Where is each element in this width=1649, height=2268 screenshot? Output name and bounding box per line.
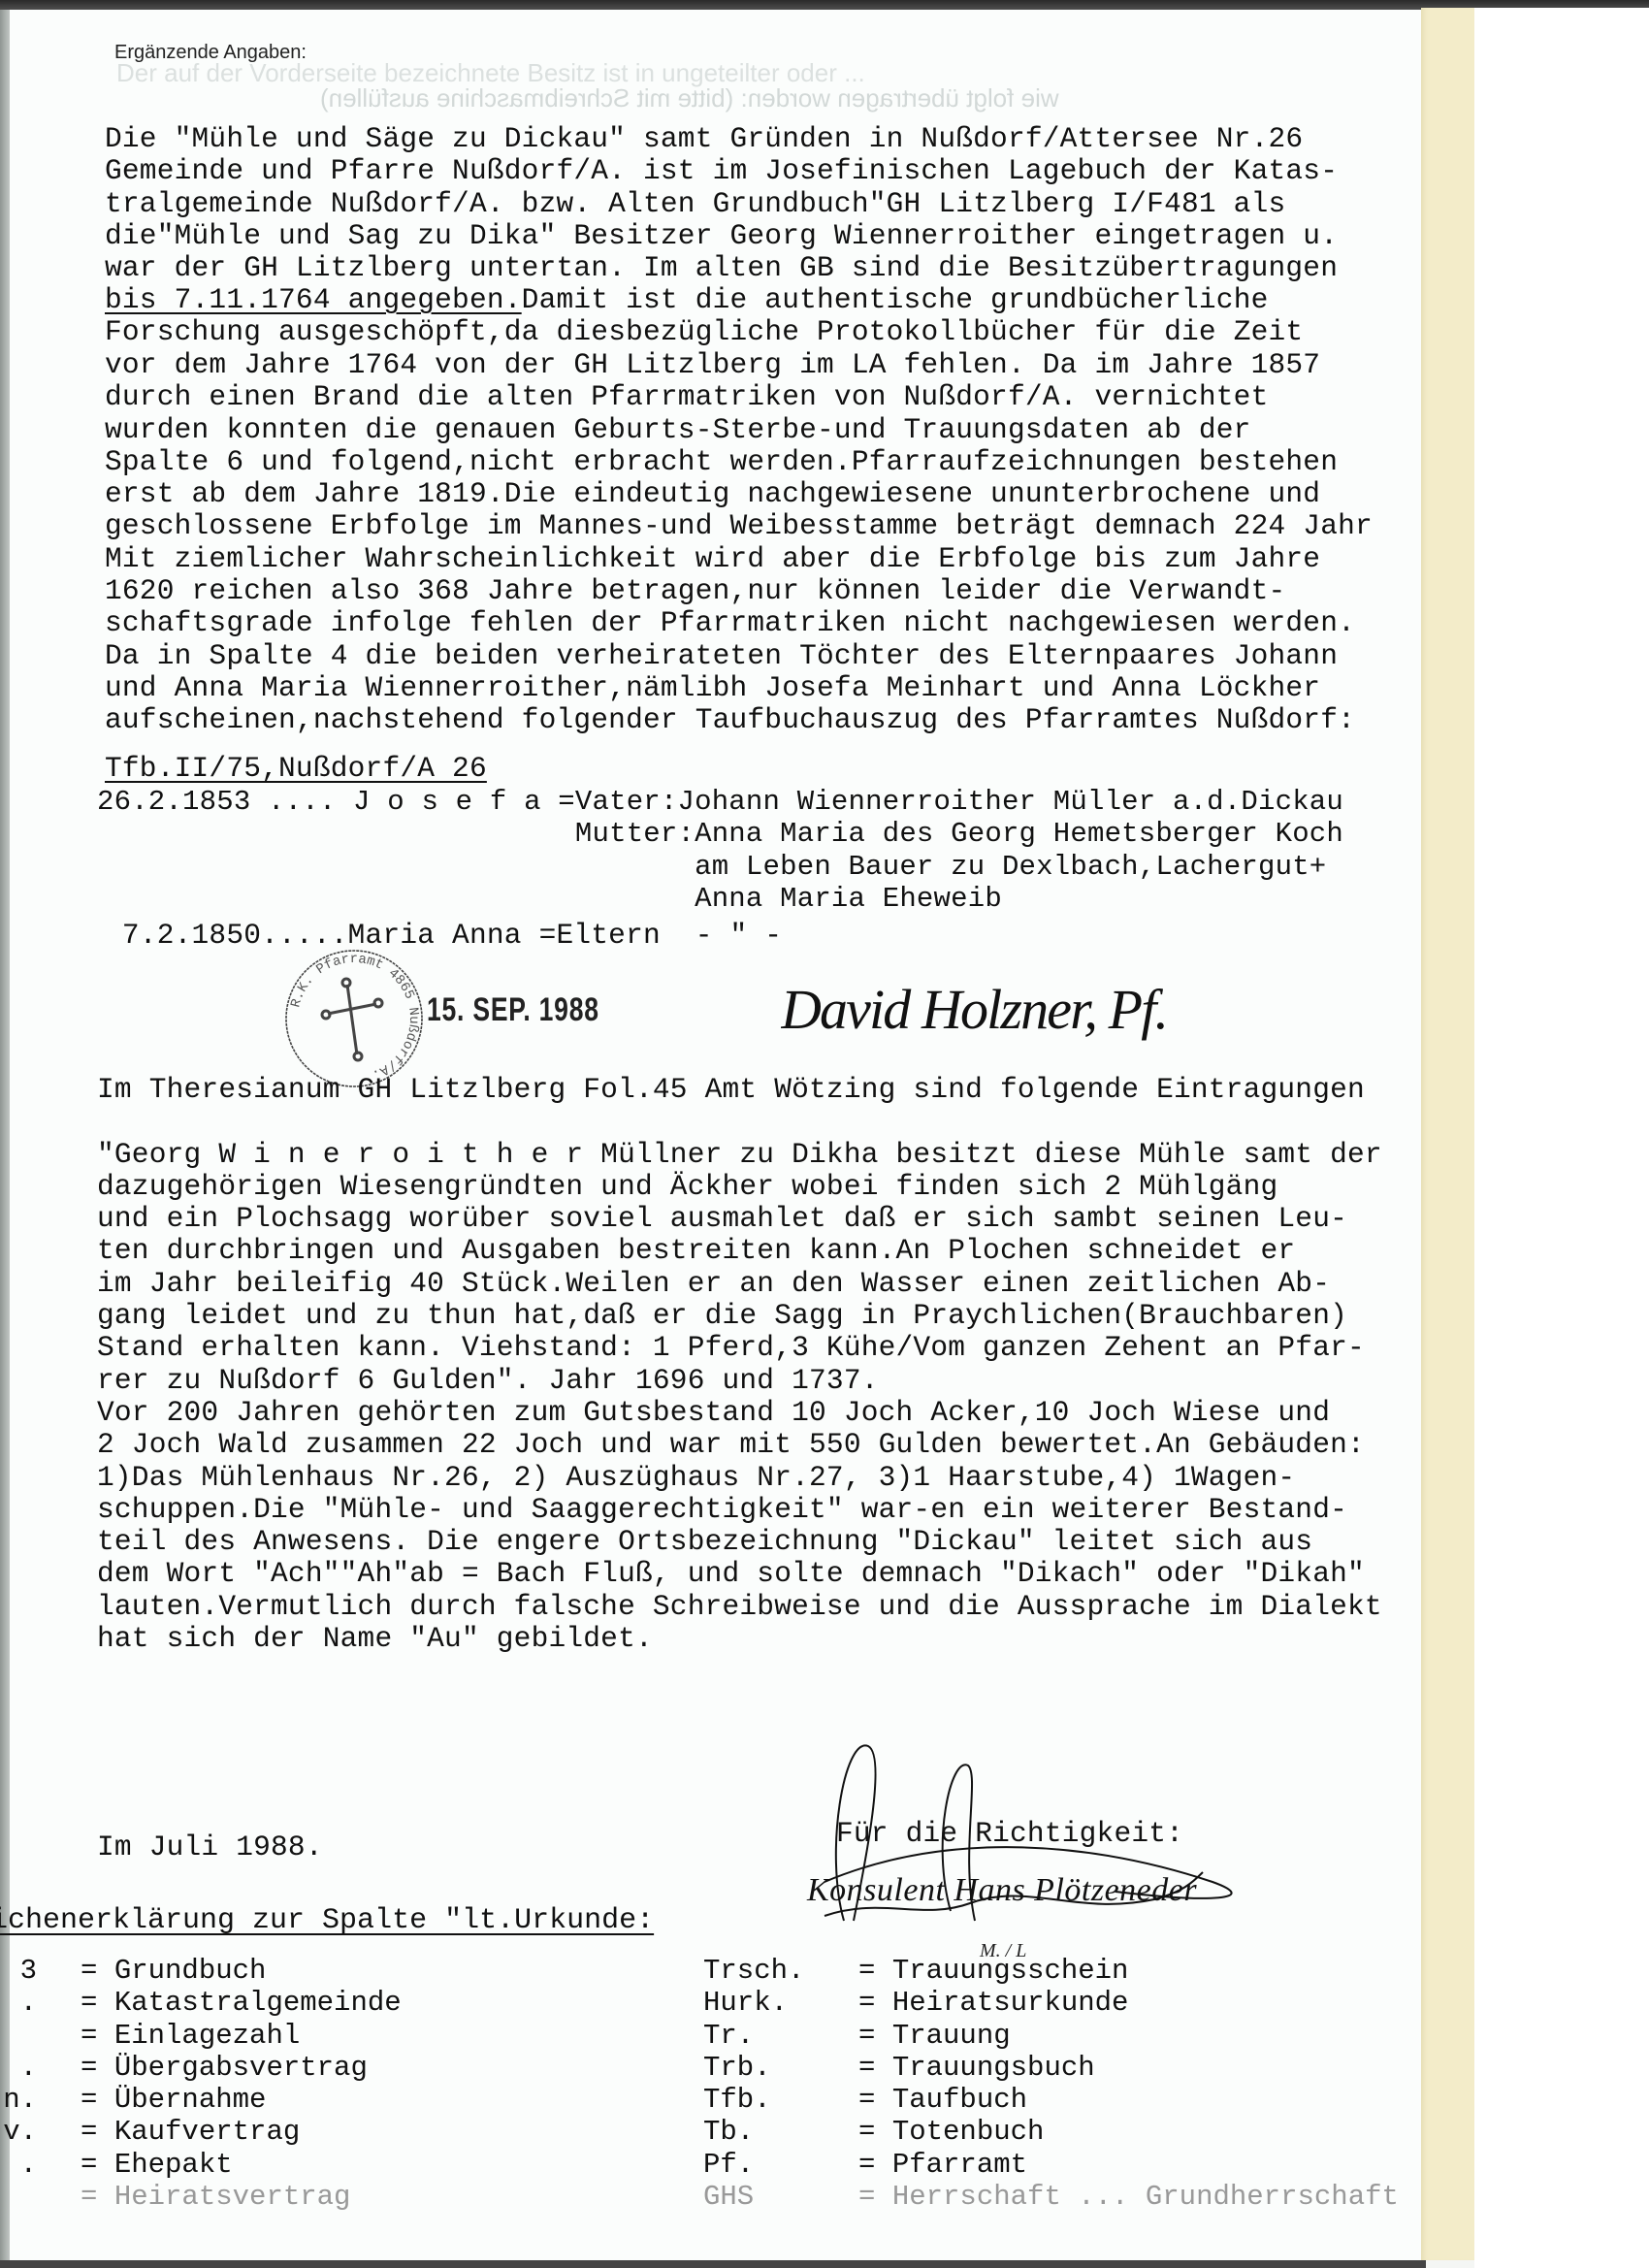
place-date: Im Juli 1988. xyxy=(97,1831,323,1863)
extract-reference-text: Tfb.II/75,Nußdorf/A 26 xyxy=(105,752,487,785)
paragraph-3: Im Theresianum GH Litzlberg Fol.45 Amt W… xyxy=(97,1074,1382,1655)
text-line: vor dem Jahre 1764 von der GH Litzlberg … xyxy=(105,349,1373,381)
legend-meaning: Grundbuch xyxy=(114,1955,267,1987)
text-run: Damit ist die authentische grundbücherli… xyxy=(522,283,1269,316)
legend-left-column: 3= Grundbuch.= Katastralgemeinde= Einlag… xyxy=(0,1955,402,2213)
legend-abbreviation: v. xyxy=(0,2116,37,2148)
cross-icon xyxy=(322,979,382,1060)
legend-equals: = xyxy=(37,2116,114,2148)
legend-equals: = xyxy=(37,2084,114,2116)
legend-equals: = xyxy=(37,2020,114,2052)
text-run: da diesbezügliche Protokollbücher für di… xyxy=(504,315,1304,348)
legend-equals: = xyxy=(37,2149,114,2181)
legend-abbreviation: . xyxy=(0,1987,37,2019)
text-line: die"Mühle und Sag zu Dika" Besitzer Geor… xyxy=(105,220,1338,252)
legend-meaning: Katastralgemeinde xyxy=(114,1987,402,2019)
text-line: Anna Maria Eheweib xyxy=(97,883,1343,915)
text-line: dem Wort "Ach""Ah"ab = Bach Fluß, und so… xyxy=(97,1558,1382,1590)
paragraph-1-underlined-line: bis 7.11.1764 angegeben.Damit ist die au… xyxy=(105,284,1269,316)
legend-row: Trsch.= Trauungsschein xyxy=(703,1955,1399,1987)
legend-meaning: Taufbuch xyxy=(892,2084,1027,2116)
paragraph-1: Die "Mühle und Säge zu Dickau" samt Grün… xyxy=(105,123,1338,284)
text-line: 2 Joch Wald zusammen 22 Joch und war mit… xyxy=(97,1429,1382,1461)
legend-meaning: Totenbuch xyxy=(892,2116,1045,2148)
text-line: und Anna Maria Wiennerroither,nämlibh Jo… xyxy=(105,672,1373,704)
legend-equals: = xyxy=(37,1955,114,1987)
parish-seal-icon: R.K. Pfarramt 4865 Nußdorf/A. xyxy=(281,946,427,1091)
bleed-through-line-2: wie folgt übertragen worden: (bitte mit … xyxy=(320,83,1059,113)
text-line: gang leidet und zu thun hat,daß er die S… xyxy=(97,1300,1382,1332)
text-line: Mutter:Anna Maria des Georg Hemetsberger… xyxy=(97,818,1343,850)
legend-equals: = xyxy=(858,2149,892,2181)
text-line: "Georg W i n e r o i t h e r Müllner zu … xyxy=(97,1139,1382,1171)
legend-equals: = xyxy=(858,2052,892,2084)
legend-abbreviation: n. xyxy=(0,2084,37,2116)
legend-equals: = xyxy=(858,1987,892,2019)
section-label: Ergänzende Angaben: xyxy=(114,42,307,64)
legend-abbreviation: GHS xyxy=(703,2181,858,2213)
legend-abbreviation: Tb. xyxy=(703,2116,858,2148)
text-line: Spalte 6 und folgend,nicht erbracht werd… xyxy=(105,446,1373,478)
text-line: lauten.Vermutlich durch falsche Schreibw… xyxy=(97,1591,1382,1623)
priest-signature: David Holzner, Pf. xyxy=(781,968,1198,1055)
legend-meaning: Kaufvertrag xyxy=(114,2116,300,2148)
text-line: Im Theresianum GH Litzlberg Fol.45 Amt W… xyxy=(97,1074,1382,1106)
legend-equals: = xyxy=(858,2181,892,2213)
legend-row: Tb.= Totenbuch xyxy=(703,2116,1399,2148)
legend-equals: = xyxy=(858,2020,892,2052)
text-line: 26.2.1853 .... J o s e f a =Vater:Johann… xyxy=(97,786,1343,818)
text-line: Vor 200 Jahren gehörten zum Gutsbestand … xyxy=(97,1397,1382,1429)
extract-reference: Tfb.II/75,Nußdorf/A 26 xyxy=(105,753,487,785)
legend-title: ichenerklärung zur Spalte "lt.Urkunde: xyxy=(0,1904,654,1937)
legend-abbreviation: Tfb. xyxy=(703,2084,858,2116)
legend-row: 3= Grundbuch xyxy=(0,1955,402,1987)
text-run: Forschung ausgeschöpft, xyxy=(105,315,504,348)
legend-row: Trb.= Trauungsbuch xyxy=(703,2052,1399,2084)
text-line: und ein Plochsagg worüber soviel ausmahl… xyxy=(97,1203,1382,1235)
legend-abbreviation xyxy=(0,2181,37,2213)
legend-meaning: Ehepakt xyxy=(114,2149,233,2181)
text-line: im Jahr beileifig 40 Stück.Weilen er an … xyxy=(97,1268,1382,1300)
legend-row: GHS= Herrschaft ... Grundherrschaft xyxy=(703,2181,1399,2213)
priest-signature-text: David Holzner, Pf. xyxy=(781,978,1169,1041)
legend-meaning: Pfarramt xyxy=(892,2149,1027,2181)
legend-row: .= Ehepakt xyxy=(0,2149,402,2181)
text-line: Die "Mühle und Säge zu Dickau" samt Grün… xyxy=(105,123,1338,155)
legend-row: = Einlagezahl xyxy=(0,2020,402,2052)
legend-abbreviation: Hurk. xyxy=(703,1987,858,2019)
legend-equals: = xyxy=(858,2084,892,2116)
text-line: schaftsgrade infolge fehlen der Pfarrmat… xyxy=(105,607,1373,639)
legend-equals: = xyxy=(37,1987,114,2019)
text-line: durch einen Brand die alten Pfarrmatrike… xyxy=(105,381,1373,413)
underlined-date-phrase: bis 7.11.1764 angegeben. xyxy=(105,283,522,316)
legend-abbreviation: Trb. xyxy=(703,2052,858,2084)
legend-row: = Heiratsvertrag xyxy=(0,2181,402,2213)
text-line: 1620 reichen also 368 Jahre betragen,nur… xyxy=(105,575,1373,607)
text-line: war der GH Litzlberg untertan. Im alten … xyxy=(105,252,1338,284)
date-stamp: 15. SEP. 1988 xyxy=(427,991,599,1029)
paragraph-1-underlined-line-2: Forschung ausgeschöpft,da diesbezügliche… xyxy=(105,316,1303,348)
legend-abbreviation: . xyxy=(0,2052,37,2084)
legend-row: Tfb.= Taufbuch xyxy=(703,2084,1399,2116)
text-line: 1)Das Mühlenhaus Nr.26, 2) Auszüghaus Nr… xyxy=(97,1462,1382,1494)
baptism-extract-line-2: 7.2.1850.....Maria Anna =Eltern - " - xyxy=(105,920,782,952)
text-line: teil des Anwesens. Die engere Ortsbezeic… xyxy=(97,1526,1382,1558)
scan-right-margin xyxy=(1474,8,1649,2268)
text-line: rer zu Nußdorf 6 Gulden". Jahr 1696 und … xyxy=(97,1365,1382,1397)
legend-equals: = xyxy=(37,2052,114,2084)
legend-abbreviation: Pf. xyxy=(703,2149,858,2181)
consultant-name: Konsulent Hans Plötzeneder xyxy=(807,1872,1197,1909)
legend-right-column: Trsch.= TrauungsscheinHurk.= Heiratsurku… xyxy=(703,1955,1399,2213)
text-line: tralgemeinde Nußdorf/A. bzw. Alten Grund… xyxy=(105,188,1338,220)
text-line: geschlossene Erbfolge im Mannes-und Weib… xyxy=(105,510,1373,542)
legend-abbreviation xyxy=(0,2020,37,2052)
legend-equals: = xyxy=(37,2181,114,2213)
legend-row: n.= Übernahme xyxy=(0,2084,402,2116)
legend-meaning: Übernahme xyxy=(114,2084,267,2116)
text-line: am Leben Bauer zu Dexlbach,Lachergut+ xyxy=(97,851,1343,883)
text-line: schuppen.Die "Mühle- und Saaggerechtigke… xyxy=(97,1494,1382,1526)
legend-meaning: Einlagezahl xyxy=(114,2020,300,2052)
legend-meaning: Heiratsvertrag xyxy=(114,2181,351,2213)
text-line: dazugehörigen Wiesengründten und Äckher … xyxy=(97,1171,1382,1203)
legend-meaning: Herrschaft ... Grundherrschaft xyxy=(892,2181,1399,2213)
legend-row: .= Übergabsvertrag xyxy=(0,2052,402,2084)
text-line: Stand erhalten kann. Viehstand: 1 Pferd,… xyxy=(97,1332,1382,1364)
legend-equals: = xyxy=(858,2116,892,2148)
text-line: erst ab dem Jahre 1819.Die eindeutig nac… xyxy=(105,478,1373,510)
legend-meaning: Heiratsurkunde xyxy=(892,1987,1129,2019)
legend-abbreviation: 3 xyxy=(0,1955,37,1987)
baptism-extract: 26.2.1853 .... J o s e f a =Vater:Johann… xyxy=(97,786,1343,915)
legend-equals: = xyxy=(858,1955,892,1987)
legend-meaning: Trauungsschein xyxy=(892,1955,1129,1987)
text-line xyxy=(97,1106,1382,1138)
scan-edge-bottom xyxy=(0,2260,1426,2268)
legend-row: v.= Kaufvertrag xyxy=(0,2116,402,2148)
paragraph-2: vor dem Jahre 1764 von der GH Litzlberg … xyxy=(105,349,1373,737)
text-line: aufscheinen,nachstehend folgender Taufbu… xyxy=(105,704,1373,736)
legend-meaning: Trauung xyxy=(892,2020,1011,2052)
seal-ring-text: R.K. Pfarramt 4865 Nußdorf/A. xyxy=(288,952,421,1083)
text-line: Gemeinde und Pfarre Nußdorf/A. ist im Jo… xyxy=(105,155,1338,187)
legend-abbreviation: Trsch. xyxy=(703,1955,858,1987)
text-line: Mit ziemlicher Wahrscheinlichkeit wird a… xyxy=(105,543,1373,575)
legend-meaning: Trauungsbuch xyxy=(892,2052,1095,2084)
legend-meaning: Übergabsvertrag xyxy=(114,2052,368,2084)
legend-row: Pf.= Pfarramt xyxy=(703,2149,1399,2181)
legend-abbreviation: . xyxy=(0,2149,37,2181)
legend-row: Tr.= Trauung xyxy=(703,2020,1399,2052)
text-line: wurden konnten die genauen Geburts-Sterb… xyxy=(105,414,1373,446)
page-edge-strip xyxy=(1421,8,1474,2260)
text-line: Da in Spalte 4 die beiden verheirateten … xyxy=(105,640,1373,672)
legend-row: Hurk.= Heiratsurkunde xyxy=(703,1987,1399,2019)
legend-row: .= Katastralgemeinde xyxy=(0,1987,402,2019)
text-line: hat sich der Name "Au" gebildet. xyxy=(97,1623,1382,1655)
text-line: ten durchbringen und Ausgaben bestreiten… xyxy=(97,1235,1382,1267)
legend-abbreviation: Tr. xyxy=(703,2020,858,2052)
